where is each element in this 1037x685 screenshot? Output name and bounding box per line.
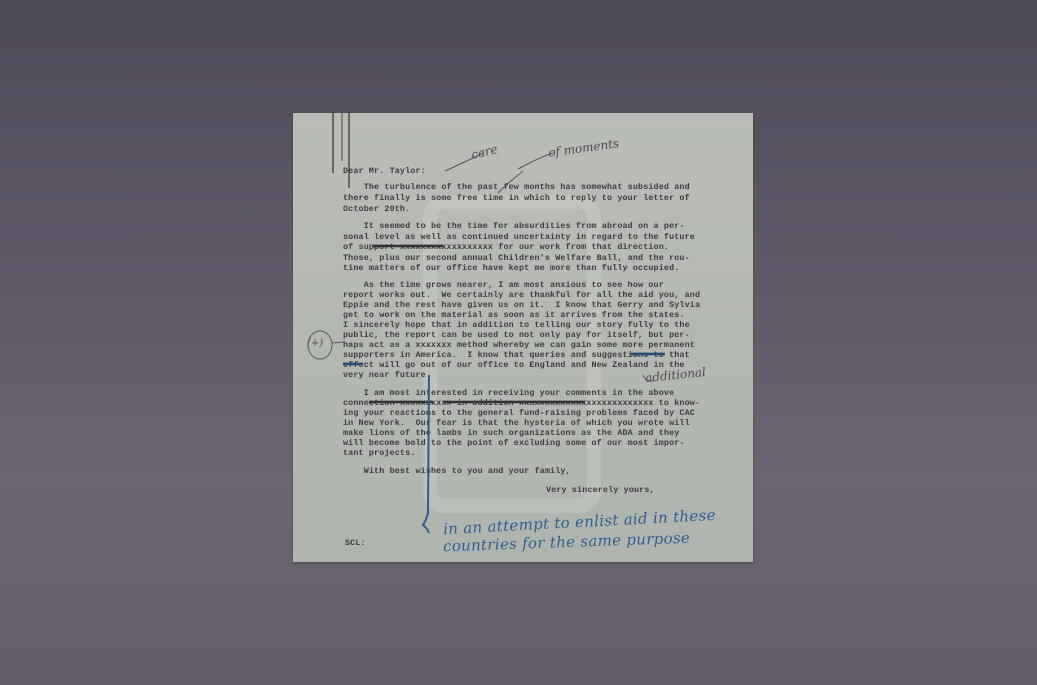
salutation: Dear Mr. Taylor: bbox=[343, 166, 426, 176]
text-line: very near future. bbox=[343, 370, 431, 380]
closing: Very sincerely yours, bbox=[546, 485, 655, 495]
text-line: supporters in America. I know that queri… bbox=[343, 350, 690, 360]
staple-mark bbox=[332, 113, 334, 173]
text-line: of support xxxxxxxxxxxxxxxxxx for our wo… bbox=[343, 242, 669, 252]
pencil-note-insert-mark: (+) bbox=[307, 338, 323, 349]
text-line: public, the report can be used to not on… bbox=[343, 330, 690, 340]
text-line: The turbulence of the past few months ha… bbox=[343, 182, 690, 192]
text-line: tant projects. bbox=[343, 448, 415, 458]
text-line: It seemed to be the time for absurdities… bbox=[343, 221, 685, 231]
text-line: in New York. Our fear is that the hyster… bbox=[343, 418, 690, 428]
text-line: Those, plus our second annual Children's… bbox=[343, 253, 690, 263]
text-line: get to work on the material as soon as i… bbox=[343, 310, 685, 320]
text-line: sonal level as well as continued uncerta… bbox=[343, 232, 695, 242]
text-line: October 20th. bbox=[343, 204, 410, 214]
text-line: tine matters of our office have kept me … bbox=[343, 263, 679, 273]
text-line: there finally is some free time in which… bbox=[343, 193, 690, 203]
text-line: I sincerely hope that in addition to tel… bbox=[343, 320, 690, 330]
letter-page: Dear Mr. Taylor: The turbulence of the p… bbox=[293, 113, 753, 562]
text-line: Eppie and the rest have given us on it. … bbox=[343, 300, 700, 310]
text-line: will become bold to the point of excludi… bbox=[343, 438, 685, 448]
text-line: ing your reactions to the general fund-r… bbox=[343, 408, 695, 418]
text-line: haps act as a xxxxxxx method whereby we … bbox=[343, 340, 695, 350]
staple-mark bbox=[341, 113, 343, 161]
text-line: I am most interested in receiving your c… bbox=[343, 388, 674, 398]
text-line: report works out. We certainly are thank… bbox=[343, 290, 700, 300]
text-line: As the time grows nearer, I am most anxi… bbox=[343, 280, 664, 290]
initials: SCL: bbox=[345, 538, 366, 548]
pencil-note-care: care bbox=[470, 142, 499, 162]
text-line: connection xxxxxxxxxx in addition xxxxxx… bbox=[343, 398, 700, 408]
text-line: make lions of the lambs in such organiza… bbox=[343, 428, 679, 438]
text-line: effect will go out of our office to Engl… bbox=[343, 360, 685, 370]
pencil-note-moments: of moments bbox=[547, 136, 620, 160]
text-line: With best wishes to you and your family, bbox=[343, 466, 571, 476]
staple-mark bbox=[348, 113, 350, 188]
